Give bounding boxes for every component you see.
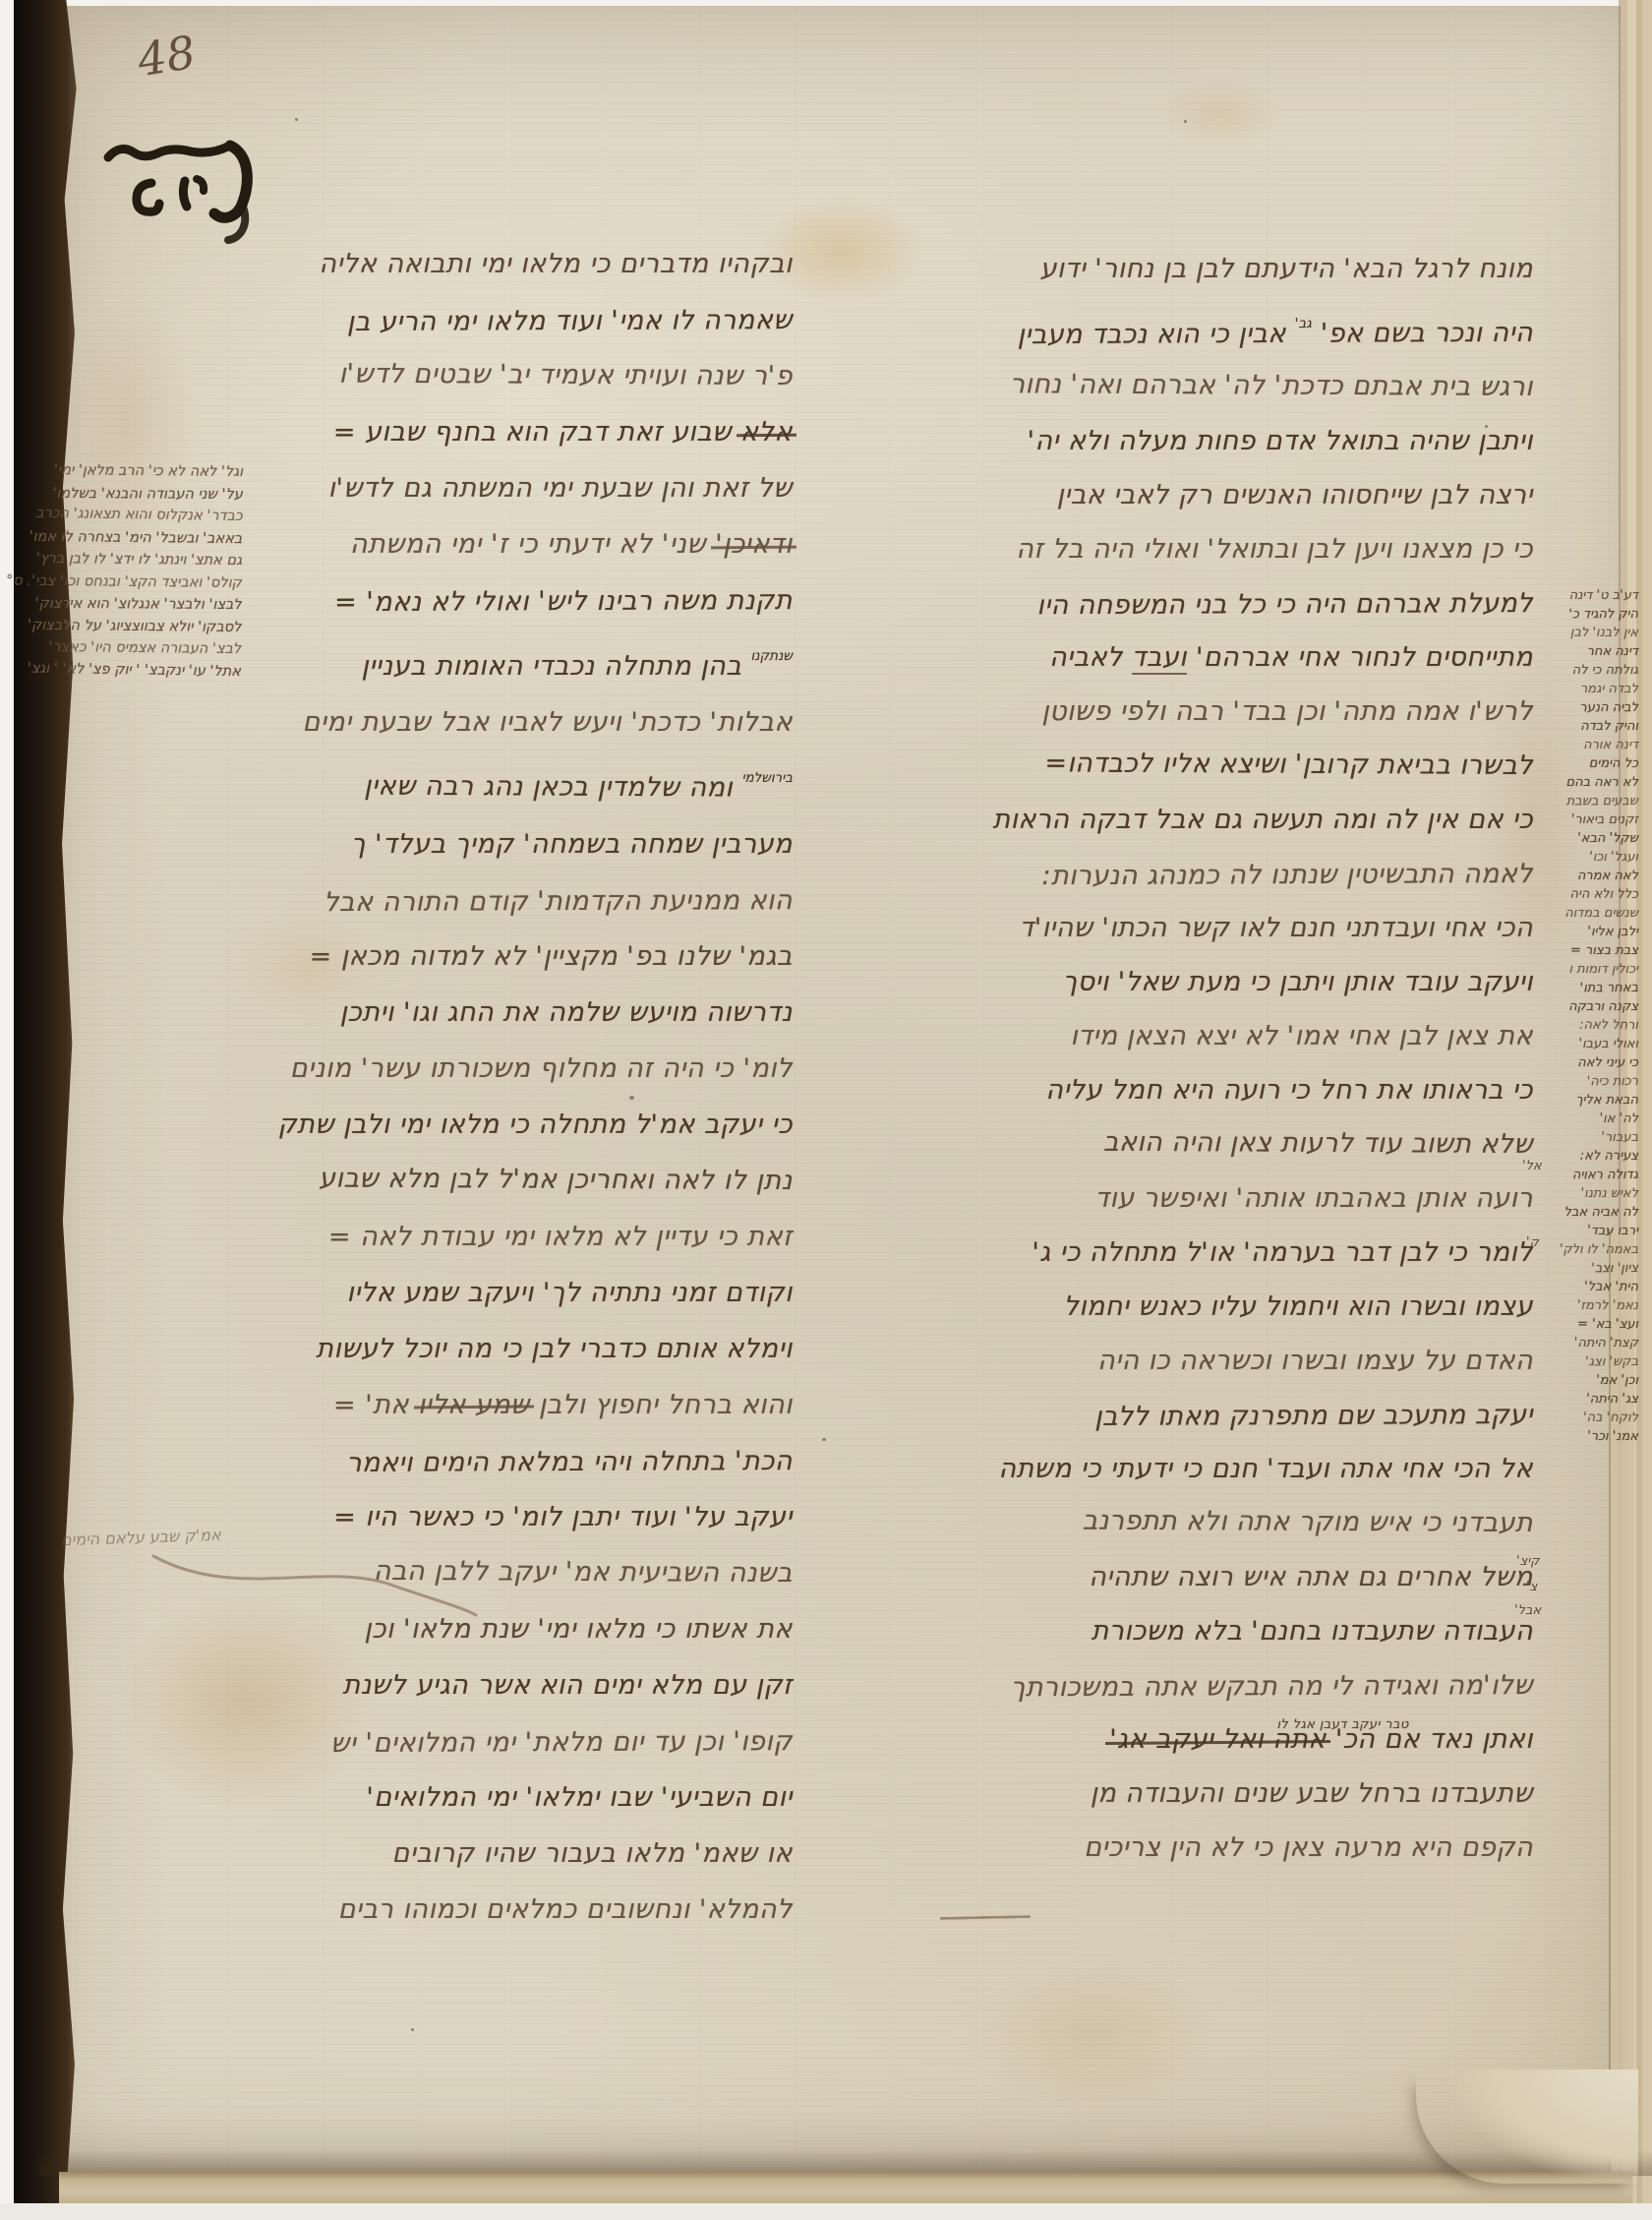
text-line: בירושלמי ומה שלמדין בכאן נהג רבה שאין [210, 748, 793, 816]
text-segment: על' שני העבודה והבנא' בשלמו' [52, 485, 242, 502]
text-line: ורגש בית אבתם כדכת' לה' אברהם ואה' נחור [969, 357, 1533, 414]
text-segment: נתן לו לאה ואחריכן אמ'ל לבן מלא שבוע [319, 1163, 793, 1196]
text-line: דינה אורה [1522, 736, 1638, 754]
text-segment: צעירה לא: [1580, 1149, 1638, 1164]
text-line: אלא שבוע זאת דבק הוא בחנף שבוע = [210, 404, 793, 460]
text-segment: אבלות' כדכת' ויעש לאביו אבל שבעת ימים [302, 707, 793, 738]
text-segment: רועה אותן באהבתו אותה' ואיפשר עוד [1094, 1183, 1533, 1214]
text-segment: לה' או' [1600, 1111, 1638, 1126]
text-line: זקנים ביאור' [1522, 810, 1638, 829]
text-line: נאמ' לרמז' [1522, 1296, 1638, 1315]
text-line: שתעבדנו ברחל שבע שנים והעבודה מן [969, 1767, 1533, 1821]
text-segment: לא ראה בהם [1566, 775, 1639, 790]
text-line: לבצו' ולבצר' אנגלוצ' הוא אידצוק' [49, 593, 242, 617]
text-line: יעקב מתעכב שם מתפרנק מאתו ללבן [969, 1388, 1533, 1445]
text-segment: עצמו ובשרו הוא ויחמול עליו כאנש יחמול [1064, 1291, 1533, 1322]
text-segment: הוא ממניעת הקדמות' קודם התורה אבל [324, 885, 793, 918]
text-line: גולתה כי לה [1522, 661, 1638, 680]
text-segment: ועצ' בא' = [1577, 1317, 1638, 1332]
text-line: מונח לרגל הבא' הידעתם לבן בן נחור' ידוע [969, 242, 1533, 296]
text-segment: מערבין שמחה בשמחה' קמיך בעלד' ך [351, 829, 793, 860]
text-line: האדם על עצמו ובשרו וכשראה כו היה [969, 1334, 1533, 1388]
text-line: קופו' וכן עד יום מלאת' ימי המלואים' יש [210, 1713, 793, 1772]
text-line: לומ' כי היה זה מחלוף משכורתו עשר' מונים [210, 1041, 793, 1097]
text-segment: לרש'ו אמה מתה' וכן בבד' רבה ולפי פשוטן [1041, 696, 1533, 727]
text-line: כי יעקב אמ'ל מתחלה כי מלאו ימי ולבן שתק [210, 1097, 793, 1153]
text-line: ודאיכן' שני' לא ידעתי כי ז' ימי המשתה [210, 516, 793, 572]
text-segment: גדולה ראויה [1572, 1168, 1638, 1182]
text-segment: לאביה [1049, 642, 1132, 673]
text-segment: לוקח' בה' [1583, 1410, 1638, 1425]
text-segment: ומה שלמדין בכאן נהג רבה שאין [364, 770, 741, 803]
text-segment: דע'ב ט' דינה [1569, 588, 1638, 603]
text-segment: למעלת אברהם היה כי כל בני המשפחה היו [1036, 588, 1533, 621]
text-segment: צג' היתה' [1586, 1392, 1638, 1407]
text-segment: וימלא אותם כדברי לבן כי מה יוכל לעשות [316, 1334, 793, 1364]
text-segment: הקפם היא מרעה צאן כי לא הין צריכים [1084, 1832, 1533, 1863]
text-line: לאה אמרה [1522, 867, 1638, 885]
text-line: וקודם זמני נתתיה לך' ויעקב שמע אליו [210, 1265, 793, 1321]
text-line: שלו'מה ואגידה לי מה תבקש אתה במשכורתך [969, 1658, 1533, 1715]
text-segment: שבוע זאת דבק הוא בחנף שבוע = [333, 417, 740, 448]
text-line: כי עיני לאה [1522, 1053, 1638, 1072]
text-segment: אתל' עו' ינקבצ' ' יוק פצ' לא' ' וגצ' [28, 660, 241, 679]
text-segment: שני' לא ידעתי כי ז' ימי המשתה [350, 529, 715, 560]
text-line: ורחל לאה: [1522, 1015, 1638, 1035]
text-line: רכות כיה' [1522, 1072, 1638, 1092]
ink-speck [1184, 120, 1187, 123]
text-segment: קולס' ואביצד הקצ' ובנחס וכו' צבי'. ס° [6, 572, 242, 591]
text-segment: שלו'מה ואגידה לי מה תבקש אתה במשכורתך [1011, 1670, 1533, 1703]
text-segment: זאת כי עדיין לא מלאו ימי עבודת לאה = [328, 1222, 793, 1252]
text-segment: לביה הנער [1579, 700, 1638, 715]
struck-text: אתה ואל יעקב אג' [1109, 1724, 1327, 1755]
text-line: נדרשוה מויעש שלמה את החג וגו' ויתכן [210, 985, 793, 1041]
text-segment: של זאת והן שבעת ימי המשתה גם לדש'ו [328, 473, 793, 504]
text-segment: זקנים ביאור' [1571, 812, 1638, 827]
text-segment: באמה' לו ולק' [1560, 1242, 1638, 1257]
text-line: ובקהיו מדברים כי מלאו ימי ותבואה אליה [210, 236, 793, 292]
text-segment: הכת' בתחלה ויהי במלאת הימים ויאמר [346, 1446, 793, 1478]
text-line: כל הימים [1522, 753, 1638, 773]
text-segment: יעקב מתעכב שם מתפרנק מאתו ללבן [1094, 1400, 1533, 1432]
text-segment: רכות כיה' [1587, 1074, 1638, 1089]
text-line: וכן' אמ' [1522, 1371, 1638, 1390]
text-segment: הבאת אליך [1576, 1093, 1638, 1108]
text-line: שקל' הבא' [1522, 829, 1638, 848]
text-line: והוא ברחל יחפוץ ולבן שמע אליו את' = [210, 1377, 793, 1433]
text-segment: כי אם אין לה ומה תעשה גם אבל דבקה הראות [992, 805, 1533, 835]
text-segment: כל הימים [1589, 756, 1638, 771]
text-line: ציון' וצב' [1522, 1259, 1638, 1279]
text-line: גם אתצ' וינתג' לו ידצ' לו לבן ברץ' [49, 548, 242, 572]
text-segment: לבצ' העבורה אצמיס היו' כאצר' [48, 639, 241, 657]
flourish-stroke [147, 1542, 482, 1621]
text-segment: לאיש נתנו' [1581, 1186, 1638, 1201]
text-line: העבודה שתעבדנו בחנם' בלא משכורת [969, 1604, 1533, 1658]
text-segment: ויתבן שהיה בתואל אדם פחות מעלה ולא יה' [1028, 426, 1533, 456]
text-line: לבדה יגמר [1522, 680, 1638, 698]
text-line: למעלת אברהם היה כי כל בני המשפחה היו [969, 576, 1533, 633]
text-segment: אמנ' וכר' [1587, 1429, 1638, 1444]
text-line: ויתבן שהיה בתואל אדם פחות מעלה ולא יה' [969, 414, 1533, 468]
text-segment: או שאמ' מלאו בעבור שהיו קרובים [391, 1838, 793, 1869]
folio-number: 48 [134, 26, 199, 87]
text-line: היק להגיד כ' [1522, 605, 1638, 625]
text-line: צג' היתה' [1522, 1390, 1638, 1409]
text-segment: ורגש בית אבתם כדכת' לה' אברהם ואה' נחור [1010, 369, 1533, 402]
text-line: לרש'ו אמה מתה' וכן בבד' רבה ולפי פשוטן [969, 685, 1533, 739]
text-line: לסבקו' יולא צבווצציוג' על הלבצוק' [48, 614, 241, 638]
text-segment: כי בראותו את רחל כי רועה היא חמל עליה [1045, 1075, 1533, 1106]
text-segment: ובקהיו מדברים כי מלאו ימי ותבואה אליה [319, 249, 793, 279]
struck-text: אלא [740, 417, 793, 448]
ink-speck [822, 1438, 826, 1441]
text-line: הכת' בתחלה ויהי במלאת הימים ויאמר [210, 1433, 793, 1492]
text-line: הית' אבל' [1522, 1277, 1638, 1296]
text-line: לאמה התבשיטין שנתנו לה כמנהג הנערות: [969, 847, 1533, 904]
text-line: ירבו עבד' [1522, 1222, 1638, 1240]
text-line: טבר יעקב דעבן אגל לוואתן נאד אם הכ' אתה … [969, 1712, 1533, 1767]
text-line: תעבדני כי איש מוקר אתה ולא תתפרנב [969, 1493, 1533, 1550]
text-segment: פ'ר שנה ועויתי אעמיד יב' שבטים לדש'ו [339, 359, 794, 391]
text-segment: ורחל לאה: [1579, 1018, 1638, 1033]
text-line: לביה הנער [1522, 698, 1638, 718]
text-segment: כי עיני לאה [1577, 1055, 1638, 1070]
text-segment: נדרשוה מויעש שלמה את החג וגו' ויתכן [340, 997, 793, 1028]
text-line: כבדר' אנקלוס והוא תצאונג' הכרב [49, 503, 242, 528]
text-line: והיק לבדה [1522, 717, 1638, 736]
margin-side-mark: אבל' [1514, 1603, 1541, 1618]
text-segment: תקנת משה רבינו ליש' ואולי לא נאמ' = [334, 585, 793, 618]
margin-side-mark: ק' [1526, 1235, 1539, 1250]
text-segment: שלא תשוב עוד לרעות צאן והיה הואב [1103, 1127, 1533, 1160]
text-line: וימלא אותם כדברי לבן כי מה יוכל לעשות [210, 1321, 793, 1377]
text-segment: ציון' וצב' [1591, 1261, 1638, 1276]
margin-side-mark: אל' [1522, 1159, 1542, 1173]
text-line: לאיש נתנו' [1522, 1184, 1638, 1203]
text-segment: קופו' וכן עד יום מלאת' ימי המלואים' יש [330, 1726, 793, 1759]
text-segment: ואולי בעבו' [1579, 1037, 1639, 1051]
text-line: היה ונכר בשם אפ' גב' אבין כי הוא נכבד מע… [969, 296, 1533, 362]
text-segment: שתעבדנו ברחל שבע שנים והעבודה מן [1091, 1778, 1533, 1809]
text-segment: קצת' היתה' [1574, 1336, 1638, 1350]
text-line: הוא ממניעת הקדמות' קודם התורה אבל [210, 872, 793, 931]
text-segment: אבין כי הוא נכבד מעבין [1018, 319, 1295, 350]
text-line: לה' או' [1522, 1110, 1638, 1128]
text-segment: לבשרו בביאת קרובן' ושיצא אליו לכבדהו= [1044, 748, 1533, 781]
text-line: שנתקנו בהן מתחלה נכבדי האומות בעניין [210, 629, 793, 694]
text-line: להמלא' ונחשובים כמלאים וכמוהו רבים [210, 1882, 793, 1938]
text-line: בעבור' [1522, 1128, 1638, 1147]
text-segment: כבדר' אנקלוס והוא תצאונג' הכרב [35, 506, 243, 524]
left-margin-note: וגל' לאה לא כי' הרב מלאן' ימי'על' שני הע… [48, 459, 243, 683]
text-line: יום השביעי' שבו ימלאו' ימי המלואים' [210, 1770, 793, 1826]
text-segment: גם אתצ' וינתג' לו ידצ' לו לבן ברץ' [36, 551, 242, 569]
text-segment: אל הכי אחי אתה ועבד' חנם כי ידעתי כי משת… [999, 1454, 1534, 1484]
text-segment: לאה אמרה [1577, 869, 1638, 883]
text-line: אין לבנו' לבן [1522, 623, 1638, 642]
text-segment: הכי אחי ועבדתני חנם לאו קשר הכתו' שהיו'ד [1020, 913, 1533, 943]
text-segment: זקן עם מלא ימים הוא אשר הגיע לשנת [342, 1670, 793, 1701]
text-segment: דינה אחר [1587, 644, 1638, 659]
text-line: וגל' לאה לא כי' הרב מלאן' ימי' [50, 459, 243, 484]
text-line: רועה אותן באהבתו אותה' ואיפשר עוד [969, 1171, 1533, 1226]
superscript-text: בירושלמי [741, 770, 793, 786]
text-segment: מונח לרגל הבא' הידעתם לבן בן נחור' ידוע [1040, 254, 1533, 284]
manuscript-scan: 48 ובקהיו מדברים כי מלאו ימי ותבואה אליה… [0, 0, 1652, 2220]
right-text-column: מונח לרגל הבא' הידעתם לבן בן נחור' ידועה… [969, 242, 1533, 1875]
text-line: הכי אחי ועבדתני חנם לאו קשר הכתו' שהיו'ד [969, 901, 1533, 955]
text-segment: נאמ' לרמז' [1577, 1298, 1638, 1313]
text-line: אבלות' כדכת' ויעש לאביו אבל שבעת ימים [210, 694, 793, 750]
text-line: הבאת אליך [1522, 1091, 1638, 1110]
text-line: באאב' ובשבל' הימ' בצחרה לו אמו' [49, 525, 242, 550]
text-segment: תעבדני כי איש מוקר אתה ולא תתפרנב [1083, 1505, 1534, 1537]
text-segment: יום השביעי' שבו ימלאו' ימי המלואים' [366, 1782, 793, 1813]
text-line: של זאת והן שבעת ימי המשתה גם לדש'ו [210, 460, 793, 516]
text-segment: בקש' וצג' [1585, 1354, 1638, 1369]
text-line: לוקח' בה' [1522, 1408, 1638, 1427]
text-line: או שאמ' מלאו בעבור שהיו קרובים [210, 1826, 793, 1882]
text-segment: בגמ' שלנו בפ' מקציין' לא למדוה מכאן = [310, 941, 793, 972]
text-line: לומר כי לבן דבר בערמה' או'ל מתחלה כי ג' [969, 1226, 1533, 1280]
text-line: בקש' וצג' [1522, 1352, 1638, 1372]
text-line: קצת' היתה' [1522, 1334, 1638, 1352]
text-line: הקפם היא מרעה צאן כי לא הין צריכים [969, 1821, 1533, 1875]
text-line: נתן לו לאה ואחריכן אמ'ל לבן מלא שבוע [210, 1150, 793, 1209]
text-segment: שקל' הבא' [1577, 831, 1638, 846]
text-line: ירצה לבן שייחסוהו האנשים רק לאבי אבין [969, 468, 1533, 522]
text-line: דע'ב ט' דינה [1522, 586, 1638, 605]
text-line: פ'ר שנה ועויתי אעמיד יב' שבטים לדש'ו [210, 345, 793, 404]
text-line: אל הכי אחי אתה ועבד' חנם כי ידעתי כי משת… [969, 1442, 1533, 1496]
text-segment: דינה אורה [1583, 738, 1638, 752]
text-line: תקנת משה רבינו ליש' ואולי לא נאמ' = [210, 572, 793, 631]
text-segment: והוא ברחל יחפוץ ולבן [530, 1390, 793, 1420]
text-segment: לומ' כי היה זה מחלוף משכורתו עשר' מונים [290, 1053, 793, 1084]
text-line: מערבין שמחה בשמחה' קמיך בעלד' ך [210, 816, 793, 872]
text-segment: ועגל' וכו' [1589, 850, 1638, 865]
text-segment: משל אחרים גם אתה איש רוצה שתהיה [1089, 1562, 1533, 1592]
text-line: דינה אחר [1522, 642, 1638, 661]
text-line: באמה' לו ולק' [1522, 1240, 1638, 1259]
text-line: יכולין דומות ו [1522, 960, 1638, 979]
text-line: ועצ' בא' = [1522, 1315, 1638, 1334]
text-segment: באחר בתו' [1580, 981, 1638, 995]
text-line: אתל' עו' ינקבצ' ' יוק פצ' לא' ' וגצ' [48, 657, 241, 683]
struck-text: ודאיכן' [715, 529, 793, 560]
text-segment: וגל' לאה לא כי' הרב מלאן' ימי' [54, 462, 243, 480]
text-line: ויעקב עובד אותן ויתבן כי מעת שאל' ויסך [969, 955, 1533, 1009]
text-line: שנשים במדוה [1522, 904, 1638, 923]
text-segment: ועבד [1132, 642, 1187, 675]
text-segment: ירבו עבד' [1587, 1224, 1638, 1238]
text-line: לא ראה בהם [1522, 773, 1638, 792]
text-segment: צבת בצור = [1570, 943, 1638, 958]
text-segment: את' = [333, 1390, 418, 1420]
bottom-page-edges [59, 2172, 1632, 2205]
text-line: שאמרה לו אמי' ועוד מלאו ימי הריע בן [210, 292, 793, 351]
text-segment: הית' אבל' [1584, 1280, 1638, 1294]
ink-speck [411, 2028, 414, 2031]
text-segment: ויעקב עובד אותן ויתבן כי מעת שאל' ויסך [1063, 967, 1533, 997]
text-line: כי אם אין לה ומה תעשה גם אבל דבקה הראות [969, 793, 1533, 847]
text-segment: היק להגיד כ' [1568, 607, 1638, 622]
superscript-text: שנתקנו [750, 648, 793, 664]
text-line: צבת בצור = [1522, 941, 1638, 960]
text-line: שלא תשוב עוד לרעות צאן והיה הואב [969, 1114, 1533, 1171]
text-segment: את צאן לבן אחי אמו' לא יצא הצאן מידו [1070, 1021, 1533, 1051]
superscript-text: גב' [1295, 316, 1312, 331]
text-segment: כי יעקב אמ'ל מתחלה כי מלאו ימי ולבן שתק [277, 1110, 793, 1140]
text-segment: האדם על עצמו ובשרו וכשראה כו היה [1097, 1346, 1533, 1376]
text-line: אמנ' וכר' [1522, 1427, 1638, 1446]
text-segment: כי כן מצאנו ויען לבן ובתואל' ואולי היה ב… [1016, 534, 1533, 565]
text-segment: והיק לבדה [1580, 719, 1638, 734]
text-segment: שבעים בשבת [1566, 794, 1638, 809]
text-line: שבעים בשבת [1522, 792, 1638, 811]
margin-side-mark: קיצ' [1516, 1554, 1539, 1569]
struck-text: שמע אליו [418, 1390, 530, 1420]
text-segment: לאמה התבשיטין שנתנו לה כמנהג הנערות: [1041, 859, 1533, 891]
text-segment: גולתה כי לה [1572, 663, 1638, 678]
text-segment: צקנה ורבקה [1568, 999, 1638, 1014]
text-segment: לה אביה אבל [1564, 1205, 1638, 1220]
text-segment: ילבן אליו' [1587, 925, 1638, 939]
text-line: כי בראותו את רחל כי רועה היא חמל עליה [969, 1063, 1533, 1117]
text-line: זאת כי עדיין לא מלאו ימי עבודת לאה = [210, 1209, 793, 1265]
right-margin-gloss-column: דע'ב ט' דינההיק להגיד כ'אין לבנו' לבןדינ… [1522, 586, 1638, 1446]
text-line: קולס' ואביצד הקצ' ובנחס וכו' צבי'. ס° [49, 570, 242, 594]
text-line: ילבן אליו' [1522, 923, 1638, 941]
text-segment: יכולין דומות ו [1568, 962, 1638, 977]
text-line: לבשרו בביאת קרובן' ושיצא אליו לכבדהו= [969, 736, 1533, 793]
text-line: לה אביה אבל [1522, 1203, 1638, 1222]
text-line: ועגל' וכו' [1522, 848, 1638, 867]
text-line: כלל ולא היה [1522, 884, 1638, 904]
text-segment: לסבקו' יולא צבווצציוג' על הלבצוק' [28, 617, 241, 634]
text-segment: בהן מתחלה נכבדי האומות בעניין [362, 651, 751, 682]
text-segment: באאב' ובשבל' הימ' בצחרה לו אמו' [29, 528, 243, 546]
text-segment: שאמרה לו אמי' ועוד מלאו ימי הריע בן [347, 305, 793, 337]
ink-stamp [94, 118, 301, 246]
text-segment: לומר כי לבן דבר בערמה' או'ל מתחלה כי ג' [1032, 1237, 1533, 1268]
text-line: ואולי בעבו' [1522, 1035, 1638, 1053]
text-segment: כלל ולא היה [1570, 887, 1639, 902]
text-line: את צאן לבן אחי אמו' לא יצא הצאן מידו [969, 1009, 1533, 1063]
scanner-background-bottom [0, 2203, 1652, 2220]
text-segment: בעבור' [1601, 1130, 1638, 1145]
text-segment: אין לבנו' לבן [1570, 626, 1638, 640]
text-segment: ירצה לבן שייחסוהו האנשים רק לאבי אבין [1057, 480, 1533, 510]
text-line: באחר בתו' [1522, 979, 1638, 998]
margin-side-mark: צ' [1526, 1580, 1537, 1594]
text-segment: להמלא' ונחשובים כמלאים וכמוהו רבים [338, 1894, 793, 1925]
text-segment: העבודה שתעבדנו בחנם' בלא משכורת [1091, 1616, 1533, 1647]
text-segment: מתייחסים לנחור אחי אברהם' [1187, 642, 1533, 673]
text-segment: וקודם זמני נתתיה לך' ויעקב שמע אליו [346, 1278, 793, 1308]
text-line: מתייחסים לנחור אחי אברהם' ועבד לאביה [969, 630, 1533, 685]
text-segment: לבצו' ולבצר' אנגלוצ' הוא אידצוק' [35, 596, 242, 613]
left-text-column: ובקהיו מדברים כי מלאו ימי ותבואה אליהשאמ… [210, 236, 793, 1938]
text-line: משל אחרים גם אתה איש רוצה שתהיה [969, 1550, 1533, 1604]
text-segment: שנשים במדוה [1564, 906, 1638, 921]
text-segment: וכן' אמ' [1596, 1373, 1638, 1388]
text-line: כי כן מצאנו ויען לבן ובתואל' ואולי היה ב… [969, 522, 1533, 576]
text-segment: לבדה יגמר [1580, 682, 1638, 696]
text-line: צקנה ורבקה [1522, 997, 1638, 1016]
text-line: לבצ' העבורה אצמיס היו' כאצר' [48, 636, 241, 661]
text-line: עצמו ובשרו הוא ויחמול עליו כאנש יחמול [969, 1280, 1533, 1334]
text-segment: היה ונכר בשם אפ' [1312, 318, 1533, 349]
text-line: בגמ' שלנו בפ' מקציין' לא למדוה מכאן = [210, 929, 793, 985]
text-line: זקן עם מלא ימים הוא אשר הגיע לשנת [210, 1657, 793, 1713]
